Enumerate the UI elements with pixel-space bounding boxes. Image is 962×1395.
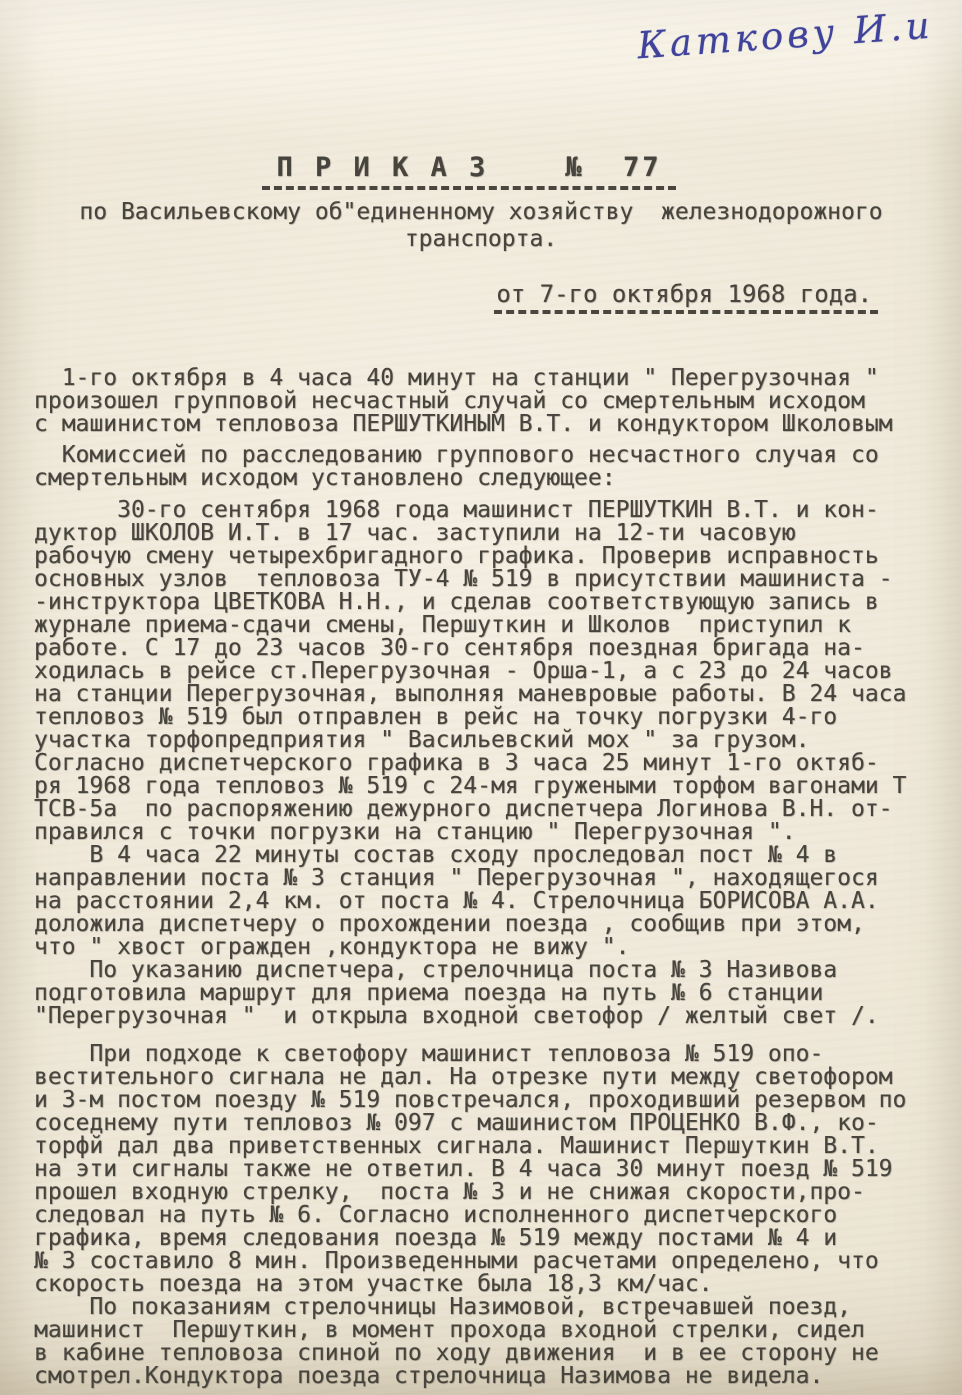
- order-date: от 7-го октября 1968 года.: [494, 280, 878, 314]
- paragraph: В 4 часа 22 минуты состав сходу проследо…: [34, 844, 944, 959]
- paragraph: 30-го сентября 1968 года машинист ПЕРШУТ…: [34, 499, 944, 844]
- order-subtitle-line1: по Васильевскому об"единенному хозяйству…: [0, 199, 962, 226]
- order-subtitle-line2: транспорта.: [0, 226, 962, 253]
- paragraph: По указанию диспетчера, стрелочница пост…: [34, 959, 944, 1028]
- paragraph: При подходе к светофору машинист теплово…: [34, 1043, 944, 1296]
- paragraph: 1-го октября в 4 часа 40 минут на станци…: [34, 367, 944, 436]
- order-title: П Р И К А З № 77: [262, 152, 675, 190]
- paragraph: По показаниям стрелочницы Назимовой, вст…: [34, 1296, 944, 1388]
- document-body: 1-го октября в 4 часа 40 минут на станци…: [34, 367, 944, 1388]
- document-page: Каткову И.и П Р И К А З № 77 по Васильев…: [0, 0, 962, 1395]
- paragraph: Комиссией по расследованию группового не…: [34, 444, 944, 490]
- order-subtitle: по Васильевскому об"единенному хозяйству…: [0, 199, 962, 253]
